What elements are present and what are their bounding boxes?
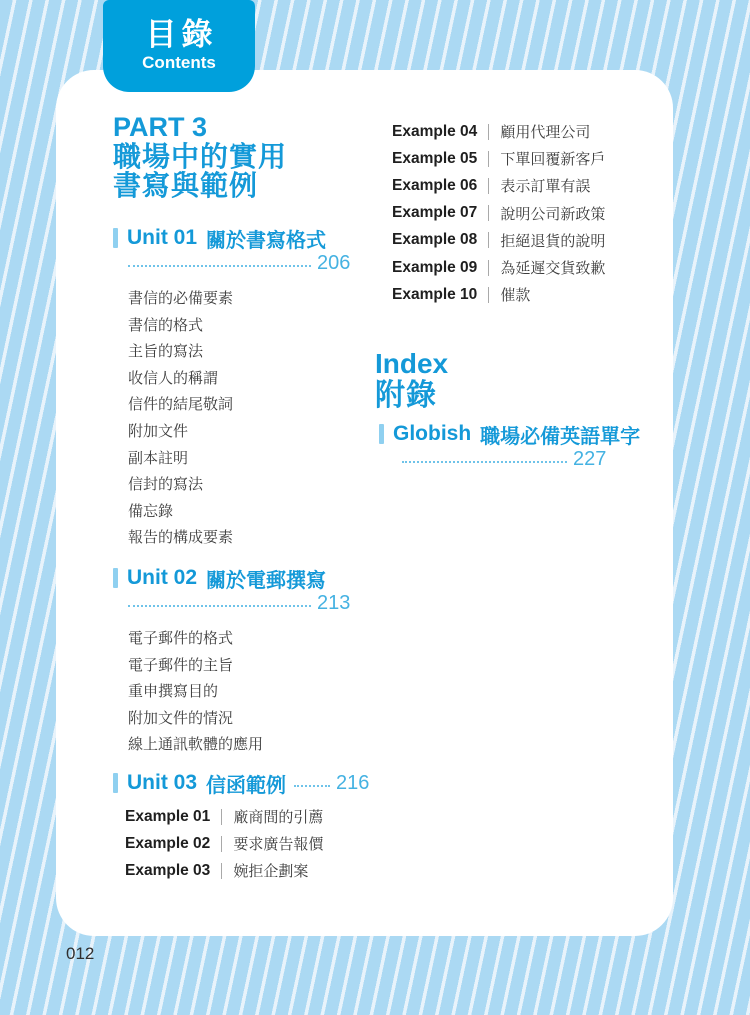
example-label: Example 08 (392, 231, 477, 249)
example-label: Example 03 (125, 862, 210, 880)
unit-accent-bar (113, 228, 118, 248)
separator-bar (488, 205, 489, 221)
example-title: 廠商間的引薦 (233, 806, 323, 827)
separator-bar (488, 260, 489, 276)
dotted-leader (402, 461, 567, 463)
example-row: Example 04 顧用代理公司 (392, 118, 605, 145)
separator-bar (488, 151, 489, 167)
toc-item: 重申撰寫目的 (128, 680, 350, 707)
contents-tab: 目錄 Contents (103, 0, 255, 92)
unit-accent-bar (113, 568, 118, 588)
unit-02-section: Unit 02 關於電郵撰寫 213 電子郵件的格式 電子郵件的主旨 重申撰寫目… (113, 565, 350, 760)
unit-accent-bar (379, 424, 384, 444)
example-title: 表示訂單有誤 (500, 175, 590, 196)
unit-02-leader: 213 (128, 591, 350, 615)
index-title-en: Index (375, 348, 640, 379)
unit-01-section: Unit 01 關於書寫格式 206 書信的必備要素 書信的格式 主旨的寫法 收… (113, 225, 350, 553)
toc-item: 書信的格式 (128, 314, 350, 341)
example-title: 催款 (500, 284, 530, 305)
toc-item: 書信的必備要素 (128, 287, 350, 314)
part-heading: PART 3 職場中的實用 書寫與範例 (113, 112, 287, 200)
example-row: Example 07 說明公司新政策 (392, 200, 605, 227)
index-entry-label: Globish (393, 422, 471, 446)
separator-bar (488, 124, 489, 140)
index-entry-heading: Globish 職場必備英語單字 (375, 421, 640, 447)
unit-accent-bar (113, 773, 118, 793)
examples-right-list: Example 04 顧用代理公司 Example 05 下單回覆新客戶 Exa… (392, 118, 605, 308)
separator-bar (488, 178, 489, 194)
unit-02-items: 電子郵件的格式 電子郵件的主旨 重申撰寫目的 附加文件的情況 線上通訊軟體的應用 (128, 627, 350, 760)
index-entry-leader: 227 (402, 447, 640, 471)
index-entry-title: 職場必備英語單字 (480, 420, 640, 449)
index-title-zh: 附錄 (375, 379, 640, 413)
unit-01-heading: Unit 01 關於書寫格式 (113, 225, 350, 251)
part-title-line1: 職場中的實用 (113, 142, 287, 171)
dotted-leader (294, 785, 330, 787)
toc-item: 備忘錄 (128, 500, 350, 527)
example-title: 為延遲交貨致歉 (500, 257, 605, 278)
separator-bar (488, 232, 489, 248)
toc-item: 信封的寫法 (128, 473, 350, 500)
example-title: 要求廣告報價 (233, 833, 323, 854)
unit-01-leader: 206 (128, 251, 350, 275)
example-title: 說明公司新政策 (500, 203, 605, 224)
toc-item: 副本註明 (128, 447, 350, 474)
unit-03-label: Unit 03 (127, 771, 197, 795)
unit-03-page-ref: 216 (336, 772, 369, 795)
example-row: Example 05 下單回覆新客戶 (392, 145, 605, 172)
example-row: Example 02 要求廣告報價 (125, 830, 369, 857)
toc-item: 報告的構成要素 (128, 526, 350, 553)
unit-01-label: Unit 01 (127, 226, 197, 250)
example-row: Example 03 婉拒企劃案 (125, 857, 369, 884)
toc-item: 收信人的稱謂 (128, 367, 350, 394)
unit-02-label: Unit 02 (127, 566, 197, 590)
unit-03-section: Unit 03 信函範例 216 Example 01 廠商間的引薦 Examp… (113, 770, 369, 885)
separator-bar (221, 836, 222, 852)
unit-03-examples: Example 01 廠商間的引薦 Example 02 要求廣告報價 Exam… (125, 803, 369, 885)
toc-item: 電子郵件的主旨 (128, 654, 350, 681)
toc-item: 主旨的寫法 (128, 340, 350, 367)
example-label: Example 06 (392, 177, 477, 195)
unit-03-heading: Unit 03 信函範例 216 (113, 770, 369, 796)
example-row: Example 09 為延遲交貨致歉 (392, 254, 605, 281)
separator-bar (221, 809, 222, 825)
toc-item: 電子郵件的格式 (128, 627, 350, 654)
example-label: Example 07 (392, 204, 477, 222)
separator-bar (488, 287, 489, 303)
example-label: Example 09 (392, 259, 477, 277)
index-entry-page-ref: 227 (573, 448, 606, 471)
unit-02-title: 關於電郵撰寫 (206, 564, 326, 593)
toc-item: 信件的結尾敬詞 (128, 393, 350, 420)
index-section: Index 附錄 Globish 職場必備英語單字 227 (375, 348, 640, 471)
part-label: PART 3 (113, 112, 287, 142)
dotted-leader (128, 605, 311, 607)
example-label: Example 02 (125, 835, 210, 853)
unit-01-items: 書信的必備要素 書信的格式 主旨的寫法 收信人的稱謂 信件的結尾敬詞 附加文件 … (128, 287, 350, 553)
example-label: Example 04 (392, 123, 477, 141)
unit-01-page-ref: 206 (317, 252, 350, 275)
example-label: Example 01 (125, 808, 210, 826)
page-number: 012 (66, 944, 94, 964)
toc-item: 附加文件的情況 (128, 707, 350, 734)
unit-02-heading: Unit 02 關於電郵撰寫 (113, 565, 350, 591)
toc-item: 附加文件 (128, 420, 350, 447)
example-row: Example 01 廠商間的引薦 (125, 803, 369, 830)
unit-01-title: 關於書寫格式 (206, 224, 326, 253)
example-title: 拒絕退貨的說明 (500, 230, 605, 251)
contents-tab-title-en: Contents (142, 52, 216, 74)
toc-item: 線上通訊軟體的應用 (128, 733, 350, 760)
example-label: Example 10 (392, 286, 477, 304)
example-title: 婉拒企劃案 (233, 860, 308, 881)
unit-03-title: 信函範例 (206, 769, 286, 798)
example-label: Example 05 (392, 150, 477, 168)
separator-bar (221, 863, 222, 879)
book-page: 目錄 Contents PART 3 職場中的實用 書寫與範例 Unit 01 … (0, 0, 750, 1015)
dotted-leader (128, 265, 311, 267)
contents-tab-title-zh: 目錄 (141, 18, 218, 52)
example-row: Example 08 拒絕退貨的說明 (392, 227, 605, 254)
example-title: 下單回覆新客戶 (500, 148, 605, 169)
example-title: 顧用代理公司 (500, 121, 590, 142)
unit-02-page-ref: 213 (317, 592, 350, 615)
example-row: Example 10 催款 (392, 281, 605, 308)
part-title-line2: 書寫與範例 (113, 171, 287, 200)
example-row: Example 06 表示訂單有誤 (392, 172, 605, 199)
